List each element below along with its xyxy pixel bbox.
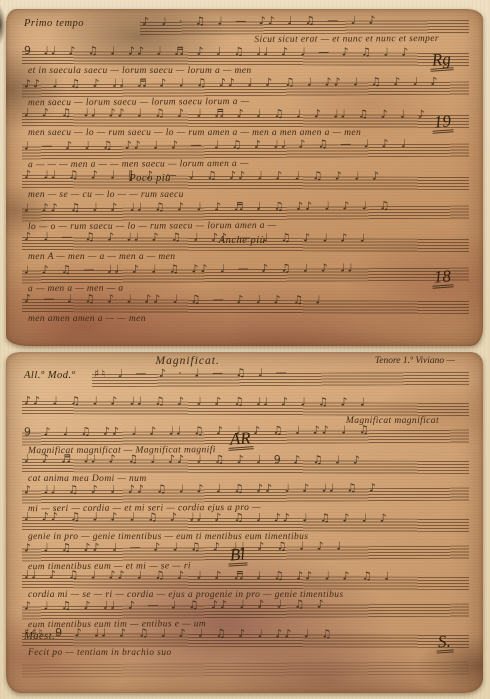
music-notes-glyphs: ♩ ♪ ♬ ♩♩ ♪ ♫ ♩ ♪♪ ♩ ♫ ♪ ♩ 9 ♪ ♫ ♩ ♪ xyxy=(24,453,471,467)
lyric-text xyxy=(22,675,469,689)
music-notes-glyphs: 9 ♩♩ ♪ ♫ ♩ ♪♪ ♩ ♬ ♪ ♩ ♫ ♩♩ ♪ ♩ — ♪ ♫ ♩ ♪ xyxy=(24,45,471,59)
music-staff: ♪♪ ♩ ♫ ♩ ♪ ♩♩ ♫ ♪ ♩ ♪ ♫ ♩♩ ♪ ♩ ♫ ♪ ♩ xyxy=(22,401,469,416)
music-notes-glyphs: ♩♩ ♪ ♫ ♩ ♪♪ ♩ ♫ ♪ ♩ ♪ ♬ ♩ ♫ ♪♪ ♩ ♪ ♫ ♩ xyxy=(24,569,471,583)
lyric-text: Fecit po — tentiam in brachio suo xyxy=(22,647,469,659)
music-staff: ♪ ♩♩ ♫ ♪ ♩ ‖ ♪ — ♩ ♫ ♪♪ ♩ ♪ ♩ ♫ ♪ ♩ ♪ xyxy=(22,175,469,190)
staff-system: AR 9 ♪ ♩ ♫ ♪♪ ♩ ♪ ♩♩ ♫ ♪ ♩ ♪ ♫ ♩ ♪♪ ♩ ♫ … xyxy=(22,431,469,456)
rehearsal-mark: Rg xyxy=(429,51,453,72)
staff-system: ♪♪ ♩ ♫ ♪ ♩♩ ♬ ♪ ♩ ♫ ♪♪ ♩ ♪ ♫ ♩ ♪♪ ♩ ♫ ♪ … xyxy=(22,83,469,108)
manuscript-page-1: Primo tempo ♪ ♩ · ♫ ♩ — ♪♪ ♩ ♫ — ♩ ♪ Sic… xyxy=(6,9,483,346)
music-notes-glyphs: ♪ ♩♩ ♫ ♪ ♩ ♪♪ ♫ ♩ ♪ ♩ ♫ ♪♪ ♩ ♪ ♩♩ ♫ ♪ xyxy=(24,482,471,497)
staff-system: Maest.º S. ♯♯♮ 9 ♪ ♩♩ ♪ ♫ ♩ ♪ ♩ ♫ ♪ ♩ ♪♪… xyxy=(22,634,469,659)
staff-system: ♪ — ♩ ♫ ♪ ♩ ♪♪ ♩ ♫ — ♪ ♩ ♪ ♫ ♩ men amen … xyxy=(22,300,469,325)
page1-systems: Primo tempo ♪ ♩ · ♫ ♩ — ♪♪ ♩ ♫ — ♩ ♪ Sic… xyxy=(6,21,483,325)
music-staff: ♩♩ ♪ ♫ ♩ ♪♪ ♩ ♫ ♪ ♩ ♪ ♬ ♩ ♫ ♪♪ ♩ ♪ ♫ ♩ xyxy=(22,575,469,590)
rehearsal-mark: 18 xyxy=(431,268,453,288)
music-notes-glyphs: ♪ ♩ · ♫ ♩ — ♪♪ ♩ ♫ — ♩ ♪ xyxy=(142,14,471,28)
music-notes-glyphs: ♪ ♩♩ ♫ ♪ ♩ ‖ ♪ — ♩ ♫ ♪♪ ♩ ♪ ♩ ♫ ♪ ♩ ♪ xyxy=(24,169,471,183)
staff-system: ♪ ♩♩ ♫ ♪ ♩ ♪♪ ♫ ♩ ♪ ♩ ♫ ♪♪ ♩ ♪ ♩♩ ♫ ♪ mi… xyxy=(22,489,469,514)
staff-system: Anche più ♪ ♩ — ♫ ♪ ♩♩ ♪ ♫ ♩ ♪♪ — ♩ ♫ ♪ … xyxy=(22,238,469,263)
tempo-marking: Poco più xyxy=(129,173,171,184)
tempo-marking: Maest.º xyxy=(24,631,59,642)
music-staff: ♪ — ♩ ♫ ♪ ♩ ♪♪ ♩ ♫ — ♪ ♩ ♪ ♫ ♩ xyxy=(22,299,469,314)
rehearsal-mark: Bl xyxy=(227,546,247,566)
piece-title: Magnificat. xyxy=(156,355,220,367)
music-notes-glyphs: ♩ ♪ ♫ — ♩♩ ♪ ♩ ♫ ♪♪ ♩ — ♪ ♫ ♩ ♪ ♩♩ xyxy=(24,262,471,277)
music-notes-glyphs: ♪ — ♩ ♫ ♪ ♩ ♪♪ ♩ ♫ — ♪ ♩ ♪ ♫ ♩ xyxy=(24,293,471,307)
music-notes-glyphs: ♪ ♩ ♫ ♪ ♩♩ ♪ — ♩ ♫ ♪♪ ♩ ♪ ♩ ♫ ♪ xyxy=(24,598,471,613)
music-notes-glyphs: ♩ ♪♪ ♫ ♩ ♪ ♩ ♫ ♪ ♩♩ ♪ ♫ ♩ ♪♪ ♩ ♫ ♪ ♩ ♪ xyxy=(24,511,471,525)
tempo-marking: Anche più xyxy=(219,235,266,246)
music-staff: ♯♯♮ 9 ♪ ♩♩ ♪ ♫ ♩ ♪ ♩ ♫ ♪ ♩ ♪♪ ♩ ♫ xyxy=(22,633,469,648)
staff-system: ♩ ♪♪ ♫ ♩ ♪ ♩♩ ♫ ♪ ♩ ♪ ♬ ♩ ♫ ♪♪ ♩ ♪ ♩ ♫ l… xyxy=(22,207,469,232)
manuscript-page-2: Magnificat. Tenore 1.º Viviano — All.º M… xyxy=(6,352,483,693)
staff-system: ♪ ♩ ♫ ♪ ♩♩ ♪ — ♩ ♫ ♪♪ ♩ ♪ ♩ ♫ ♪ eum time… xyxy=(22,605,469,630)
tempo-marking: All.º Mod.º xyxy=(24,370,75,381)
music-staff: ♩ ♪♪ ♫ ♩ ♪ ♩ ♫ ♪ ♩♩ ♪ ♫ ♩ ♪♪ ♩ ♫ ♪ ♩ ♪ xyxy=(22,517,469,532)
music-staff: ♩ ♪ ♬ ♩♩ ♪ ♫ ♩ ♪♪ ♩ ♫ ♪ ♩ 9 ♪ ♫ ♩ ♪ xyxy=(22,459,469,474)
staff-system xyxy=(22,663,469,688)
staff-system: Bl ♪ ♩ ♫ ♪♪ ♩ — ♪ ♩ ♫ ♪ ♩♩ ♪ ♫ ♩ ♪ ♩ eum… xyxy=(22,547,469,572)
music-notes-glyphs: ♩ ♪♪ ♫ ♩ ♪ ♩♩ ♫ ♪ ♩ ♪ ♬ ♩ ♫ ♪♪ ♩ ♪ ♩ ♫ xyxy=(24,200,471,215)
staff-system: Poco più ♪ ♩♩ ♫ ♪ ♩ ‖ ♪ — ♩ ♫ ♪♪ ♩ ♪ ♩ ♫… xyxy=(22,176,469,201)
music-staff: ♩ ♪ ♫ ♩♩ ♪♪ ♩ ♫ ♪ ♩ ♬ ♪ ♩ ♫ ♩ ♪ ♩♩ ♫ ♪ ♩… xyxy=(22,113,469,128)
staff-system: 18 ♩ ♪ ♫ — ♩♩ ♪ ♩ ♫ ♪♪ ♩ — ♪ ♫ ♩ ♪ ♩♩ a … xyxy=(22,269,469,294)
music-notes-glyphs: ♯♮ ♩ — ♪ · ♩ — ♫ ♩ — xyxy=(94,366,471,380)
staff-system: 19 ♩ ♪ ♫ ♩♩ ♪♪ ♩ ♫ ♪ ♩ ♬ ♪ ♩ ♫ ♩ ♪ ♩♩ ♫ … xyxy=(22,114,469,139)
rehearsal-mark: AR xyxy=(227,430,253,451)
music-notes-glyphs: ♩ ♪ ♫ ♩♩ ♪♪ ♩ ♫ ♪ ♩ ♬ ♪ ♩ ♫ ♩ ♪ ♩♩ ♫ ♪ ♩… xyxy=(24,107,471,121)
staff-system: All.º Mod.º ♯♮ ♩ — ♪ · ♩ — ♫ ♩ — xyxy=(22,373,469,398)
music-notes-glyphs: ♯♯♮ 9 ♪ ♩♩ ♪ ♫ ♩ ♪ ♩ ♫ ♪ ♩ ♪♪ ♩ ♫ xyxy=(24,627,471,641)
music-staff: 9 ♩♩ ♪ ♫ ♩ ♪♪ ♩ ♬ ♪ ♩ ♫ ♩♩ ♪ ♩ — ♪ ♫ ♩ ♪ xyxy=(22,51,469,66)
tempo-marking: Primo tempo xyxy=(24,18,84,29)
rehearsal-mark: 19 xyxy=(431,113,453,133)
lyric-text: men amen amen a — — men xyxy=(22,313,469,325)
music-notes-glyphs: ♪ ♩ ♫ ♪♪ ♩ — ♪ ♩ ♫ ♪ ♩♩ ♪ ♫ ♩ ♪ ♩ xyxy=(24,540,471,555)
part-name: Tenore 1.º Viviano — xyxy=(375,356,455,366)
staff-system: ♩ — ♪ ♩ ♫ ♪♪ ♩ ♪ — ♩ ♫ ♪ ♩♩ ♪ ♫ — ♩ ♪ ♩ … xyxy=(22,145,469,170)
music-notes-glyphs: ♪♪ ♩ ♫ ♩ ♪ ♩♩ ♫ ♪ ♩ ♪ ♫ ♩♩ ♪ ♩ ♫ ♪ ♩ xyxy=(24,395,471,409)
manuscript-scan: { "colors": { "paper": "#d2a477", "ink":… xyxy=(0,0,490,699)
staff-system: Rg 9 ♩♩ ♪ ♫ ♩ ♪♪ ♩ ♬ ♪ ♩ ♫ ♩♩ ♪ ♩ — ♪ ♫ … xyxy=(22,52,469,77)
page2-systems: All.º Mod.º ♯♮ ♩ — ♪ · ♩ — ♫ ♩ — ♪♪ ♩ ♫ … xyxy=(6,373,483,688)
staff-system: Primo tempo ♪ ♩ · ♫ ♩ — ♪♪ ♩ ♫ — ♩ ♪ Sic… xyxy=(22,21,469,46)
music-notes-glyphs: ♩ — ♪ ♩ ♫ ♪♪ ♩ ♪ — ♩ ♫ ♪ ♩♩ ♪ ♫ — ♩ ♪ ♩ xyxy=(24,138,471,153)
music-notes-glyphs: ♪♪ ♩ ♫ ♪ ♩♩ ♬ ♪ ♩ ♫ ♪♪ ♩ ♪ ♫ ♩ ♪♪ ♩ ♫ ♪ … xyxy=(24,76,471,91)
rehearsal-mark: S. xyxy=(436,633,454,653)
